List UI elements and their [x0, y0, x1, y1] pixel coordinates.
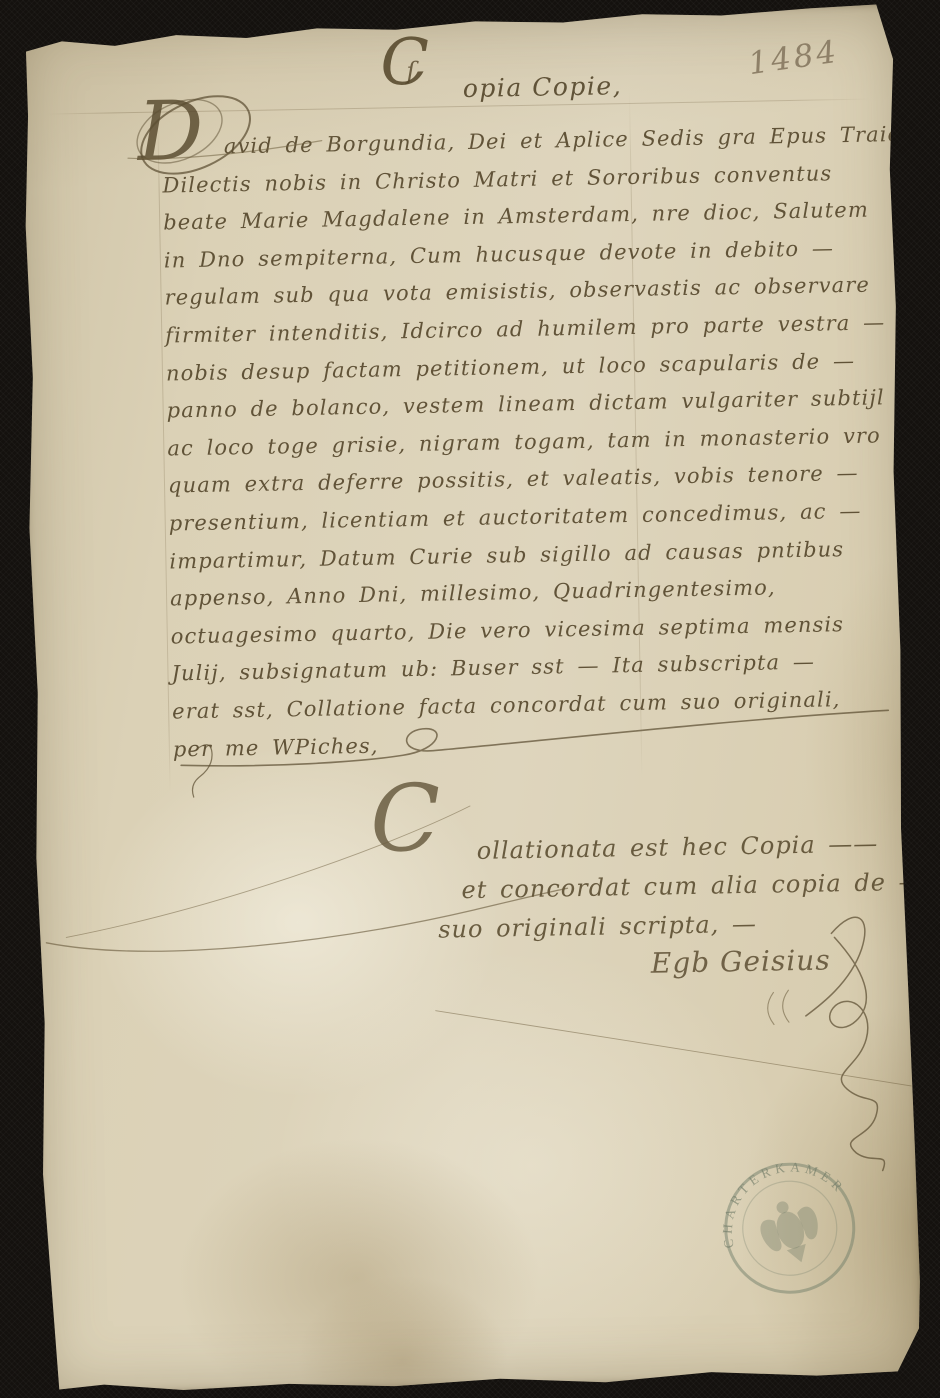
attestation-initial-C: C [369, 773, 441, 866]
heading-initial-C: C [380, 31, 430, 96]
photo-scan: { "scene": { "background_color": "#14110… [0, 0, 940, 1398]
attestation-line: et concordat cum alia copia de — [461, 863, 898, 910]
heading: C ſ opia Copie, [17, 4, 897, 20]
manuscript-page: C ſ opia Copie, 1484 D avid de Borgundia… [17, 4, 922, 1394]
signature-underline [436, 1002, 911, 1095]
body-text: avid de Borgundia, Dei et Aplice Sedis g… [162, 116, 904, 768]
attestation-text: ollationata est hec Copia —— et concorda… [436, 824, 898, 949]
heading-text: opia Copie, [463, 71, 623, 103]
eagle-emblem [753, 1192, 829, 1271]
signature-paraph-arcs [767, 990, 789, 1024]
heading-paraph-mark: ſ [406, 57, 415, 85]
archive-stamp: CHARTERKAMER [696, 1134, 884, 1322]
notary-signature: Egb Geisius [651, 943, 831, 979]
archival-number: 1484 [746, 34, 841, 82]
